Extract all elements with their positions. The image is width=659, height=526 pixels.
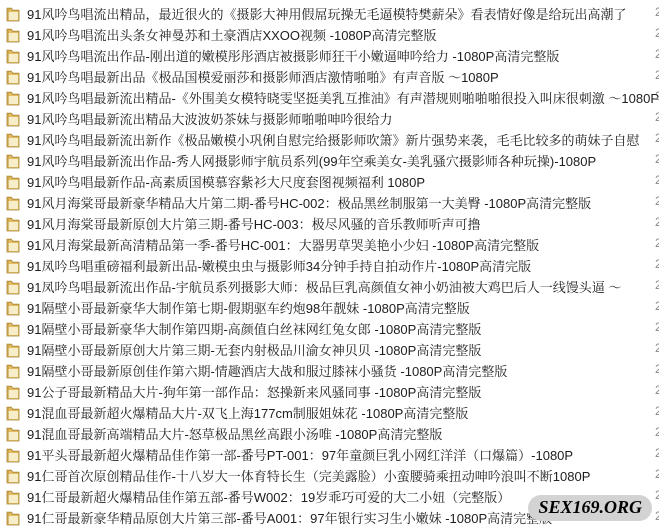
file-title-link[interactable]: 91隔壁小哥最新原创大片第三期-无套内射极品川渝女神贝贝 -1080P高清完整版: [27, 340, 481, 359]
file-title-link[interactable]: 91风月海棠最新高清精品第一季-番号HC-001：大器男草哭美艳小少妇 -108…: [27, 235, 539, 254]
file-title-link[interactable]: 91仁哥最新豪华精品原创大片第三部-番号A001：97年银行实习生小嫩妹 -10…: [27, 508, 552, 526]
file-list-row[interactable]: 91风吟鸟唱最新流出新作《极品嫩模小巩俐自慰完给摄影师吹箫》新片强势来袭，毛毛比…: [0, 129, 659, 150]
folder-icon: [6, 447, 20, 463]
file-list-row[interactable]: 91风月海棠哥最新原创大片第三期-番号HC-003：极尽风骚的音乐教师听声可撸 …: [0, 213, 659, 234]
folder-icon: [6, 342, 20, 358]
clipped-date-fragment: 2: [655, 383, 659, 400]
folder-icon: [6, 405, 20, 421]
folder-icon: [6, 174, 20, 190]
folder-icon: [6, 258, 20, 274]
file-list-row[interactable]: 91风吟鸟唱最新流出精品-《外围美女模特晓雯坚挺美乳互推油》有声潜规则啪啪啪很投…: [0, 87, 659, 108]
file-list-row[interactable]: 91风吟鸟唱最新流出精品大波波奶茶妹与摄影师啪啪呻吟很给力 2: [0, 108, 659, 129]
file-title-link[interactable]: 91风月海棠哥最新原创大片第三期-番号HC-003：极尽风骚的音乐教师听声可撸: [27, 214, 481, 233]
folder-icon: [6, 384, 20, 400]
file-title-link[interactable]: 91风吟鸟唱最新流出精品大波波奶茶妹与摄影师啪啪呻吟很给力: [27, 109, 392, 128]
file-title-link[interactable]: 91仁哥首次原创精品佳作-十八岁大一体育特长生（完美露脸）小蛮腰骑乘扭动呻吟浪叫…: [27, 466, 590, 485]
clipped-date-fragment: 2: [655, 509, 659, 526]
file-title-link[interactable]: 91风月海棠哥最新豪华精品大片第二期-番号HC-002：极品黑丝制服第一大美臀 …: [27, 193, 591, 212]
clipped-date-fragment: 2: [655, 47, 659, 64]
file-list-row[interactable]: 91平头哥最新超火爆精品佳作第一部-番号PT-001：97年童颜巨乳小网红洋洋（…: [0, 444, 659, 465]
folder-icon: [6, 426, 20, 442]
file-list-row[interactable]: 91风吟鸟唱最新作品-高素质国模慕容紫衫大尺度套图视频福利 1080P 2: [0, 171, 659, 192]
file-title-link[interactable]: 91风吟鸟唱流出精品，最近很火的《摄影大神用假屌玩操无毛逼模特樊薪朵》看表情好像…: [27, 4, 626, 23]
file-title-link[interactable]: 91风吟鸟唱最新流出作品-秀人网摄影师宇航员系列(99年空乘美女-美乳骚穴摄影师…: [27, 151, 596, 170]
file-title-link[interactable]: 91隔壁小哥最新原创佳作第六期-情趣酒店大战和服过膝袜小骚货 -1080P高清完…: [27, 361, 507, 380]
folder-icon: [6, 132, 20, 148]
file-title-link[interactable]: 91风吟鸟唱最新作品-高素质国模慕容紫衫大尺度套图视频福利 1080P: [27, 172, 425, 191]
clipped-date-fragment: 2: [655, 488, 659, 505]
clipped-date-fragment: 2: [655, 89, 659, 106]
folder-icon: [6, 90, 20, 106]
file-list-row[interactable]: 91风吟鸟唱流出精品，最近很火的《摄影大神用假屌玩操无毛逼模特樊薪朵》看表情好像…: [0, 3, 659, 24]
file-title-link[interactable]: 91风吟鸟唱最新流出精品-《外围美女模特晓雯坚挺美乳互推油》有声潜规则啪啪啪很投…: [27, 88, 659, 107]
file-list-row[interactable]: 91风吟鸟唱流出作品-刚出道的嫩模彤彤酒店被摄影师狂干小嫩逼呻吟给力 -1080…: [0, 45, 659, 66]
clipped-date-fragment: 2: [655, 425, 659, 442]
folder-icon: [6, 195, 20, 211]
clipped-date-fragment: 2: [655, 467, 659, 484]
folder-icon: [6, 279, 20, 295]
file-list-row[interactable]: 91风月海棠哥最新豪华精品大片第二期-番号HC-002：极品黑丝制服第一大美臀 …: [0, 192, 659, 213]
site-watermark: SEX169.ORG: [528, 495, 652, 521]
folder-icon: [6, 237, 20, 253]
folder-icon: [6, 363, 20, 379]
folder-icon: [6, 27, 20, 43]
clipped-date-fragment: 2: [655, 404, 659, 421]
file-title-link[interactable]: 91混血哥最新高端精品大片-怒草极品黑丝高跟小汤唯 -1080P高清完整版: [27, 424, 442, 443]
file-title-link[interactable]: 91风吟鸟唱最新出品《极品国模爱丽莎和摄影师酒店激情啪啪》有声音版 ～1080P: [27, 67, 499, 86]
clipped-date-fragment: 2: [655, 110, 659, 127]
folder-icon: [6, 489, 20, 505]
file-list-row[interactable]: 91凤吟鸟唱最新流出作品-宇航员系列摄影大师：极品巨乳高颜值女神小奶油被大鸡巴后…: [0, 276, 659, 297]
clipped-date-fragment: 2: [655, 194, 659, 211]
file-list-row[interactable]: 91风吟鸟唱流出头条女神曼苏和土豪酒店XXOO视频 -1080P高清完整版 2: [0, 24, 659, 45]
file-title-link[interactable]: 91风吟鸟唱流出头条女神曼苏和土豪酒店XXOO视频 -1080P高清完整版: [27, 25, 437, 44]
clipped-date-fragment: 2: [655, 68, 659, 85]
folder-icon: [6, 111, 20, 127]
file-list-row[interactable]: 91凤吟鸟唱重磅福利最新出品-嫩模虫虫与摄影师34分钟手持自拍动作片-1080P…: [0, 255, 659, 276]
folder-icon: [6, 48, 20, 64]
clipped-date-fragment: 2: [655, 362, 659, 379]
file-title-link[interactable]: 91凤吟鸟唱重磅福利最新出品-嫩模虫虫与摄影师34分钟手持自拍动作片-1080P…: [27, 256, 531, 275]
folder-icon: [6, 468, 20, 484]
folder-icon: [6, 216, 20, 232]
clipped-date-fragment: 2: [655, 5, 659, 22]
file-title-link[interactable]: 91公子哥最新精品大片-狗年第一部作品：怒操新来风骚同事 -1080P高清完整版: [27, 382, 481, 401]
clipped-date-fragment: 2: [655, 26, 659, 43]
file-list-row[interactable]: 91混血哥最新超火爆精品大片-双飞上海177cm制服姐妹花 -1080P高清完整…: [0, 402, 659, 423]
clipped-date-fragment: 2: [655, 341, 659, 358]
clipped-date-fragment: 2: [655, 320, 659, 337]
file-list-row[interactable]: 91风吟鸟唱最新流出作品-秀人网摄影师宇航员系列(99年空乘美女-美乳骚穴摄影师…: [0, 150, 659, 171]
file-title-link[interactable]: 91仁哥最新超火爆精品佳作第五部-番号W002：19岁乖巧可爱的大二小妞（完整版…: [27, 487, 510, 506]
file-list-row[interactable]: 91隔壁小哥最新豪华大制作第四期-高颜值白丝袜网红兔女郎 -1080P高清完整版…: [0, 318, 659, 339]
file-list-row[interactable]: 91公子哥最新精品大片-狗年第一部作品：怒操新来风骚同事 -1080P高清完整版…: [0, 381, 659, 402]
file-title-link[interactable]: 91隔壁小哥最新豪华大制作第七期-假期驱车约炮98年靓妹 -1080P高清完整版: [27, 298, 470, 317]
file-title-link[interactable]: 91凤吟鸟唱最新流出作品-宇航员系列摄影大师：极品巨乳高颜值女神小奶油被大鸡巴后…: [27, 277, 621, 296]
clipped-date-fragment: 2: [655, 173, 659, 190]
file-list-row[interactable]: 91隔壁小哥最新豪华大制作第七期-假期驱车约炮98年靓妹 -1080P高清完整版…: [0, 297, 659, 318]
folder-icon: [6, 69, 20, 85]
folder-icon: [6, 300, 20, 316]
clipped-date-fragment: 2: [655, 152, 659, 169]
file-list-row[interactable]: 91风吟鸟唱最新出品《极品国模爱丽莎和摄影师酒店激情啪啪》有声音版 ～1080P…: [0, 66, 659, 87]
clipped-date-fragment: 2: [655, 278, 659, 295]
clipped-date-fragment: 2: [655, 215, 659, 232]
file-list: 91风吟鸟唱流出精品，最近很火的《摄影大神用假屌玩操无毛逼模特樊薪朵》看表情好像…: [0, 0, 659, 526]
clipped-date-fragment: 2: [655, 131, 659, 148]
file-title-link[interactable]: 91隔壁小哥最新豪华大制作第四期-高颜值白丝袜网红兔女郎 -1080P高清完整版: [27, 319, 481, 338]
file-title-link[interactable]: 91混血哥最新超火爆精品大片-双飞上海177cm制服姐妹花 -1080P高清完整…: [27, 403, 468, 422]
folder-icon: [6, 510, 20, 526]
file-list-row[interactable]: 91仁哥首次原创精品佳作-十八岁大一体育特长生（完美露脸）小蛮腰骑乘扭动呻吟浪叫…: [0, 465, 659, 486]
folder-icon: [6, 153, 20, 169]
file-list-row[interactable]: 91风月海棠最新高清精品第一季-番号HC-001：大器男草哭美艳小少妇 -108…: [0, 234, 659, 255]
folder-icon: [6, 6, 20, 22]
clipped-date-fragment: 2: [655, 446, 659, 463]
file-list-row[interactable]: 91混血哥最新高端精品大片-怒草极品黑丝高跟小汤唯 -1080P高清完整版 2: [0, 423, 659, 444]
file-title-link[interactable]: 91风吟鸟唱流出作品-刚出道的嫩模彤彤酒店被摄影师狂干小嫩逼呻吟给力 -1080…: [27, 46, 559, 65]
clipped-date-fragment: 2: [655, 257, 659, 274]
clipped-date-fragment: 2: [655, 299, 659, 316]
file-list-row[interactable]: 91隔壁小哥最新原创佳作第六期-情趣酒店大战和服过膝袜小骚货 -1080P高清完…: [0, 360, 659, 381]
file-title-link[interactable]: 91平头哥最新超火爆精品佳作第一部-番号PT-001：97年童颜巨乳小网红洋洋（…: [27, 445, 573, 464]
folder-icon: [6, 321, 20, 337]
file-list-row[interactable]: 91隔壁小哥最新原创大片第三期-无套内射极品川渝女神贝贝 -1080P高清完整版…: [0, 339, 659, 360]
file-title-link[interactable]: 91风吟鸟唱最新流出新作《极品嫩模小巩俐自慰完给摄影师吹箫》新片强势来袭，毛毛比…: [27, 130, 639, 149]
clipped-date-fragment: 2: [655, 236, 659, 253]
